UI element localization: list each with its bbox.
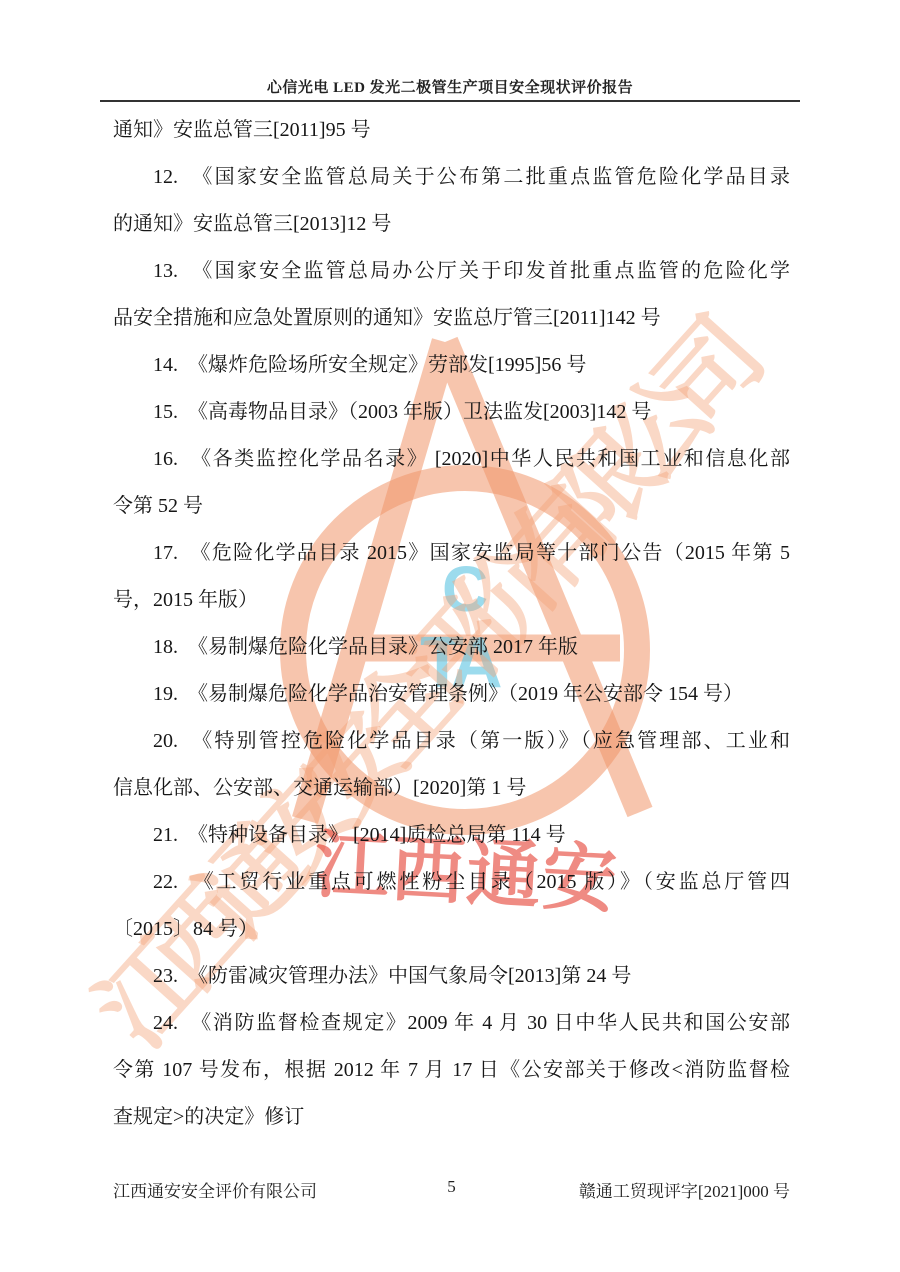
body-line: 17. 《危险化学品目录 2015》国家安监局等十部门公告（2015 年第 5 — [113, 530, 790, 577]
header-rule — [100, 100, 800, 102]
body-line: 24. 《消防监督检查规定》2009 年 4 月 30 日中华人民共和国公安部 — [113, 1000, 790, 1047]
document-page: C TA 江西通安安全评价有限公司 江西通安 心信光电 LED 发光二极管生产项… — [0, 0, 900, 1272]
header-title: 心信光电 LED 发光二极管生产项目安全现状评价报告 — [0, 76, 900, 97]
body-line: 的通知》安监总管三[2013]12 号 — [113, 201, 790, 248]
body-line: 14. 《爆炸危险场所安全规定》劳部发[1995]56 号 — [113, 342, 790, 389]
body-line: 品安全措施和应急处置原则的通知》安监总厅管三[2011]142 号 — [113, 295, 790, 342]
body-line: 通知》安监总管三[2011]95 号 — [113, 107, 790, 154]
body-lines: 通知》安监总管三[2011]95 号12. 《国家安全监管总局关于公布第二批重点… — [113, 107, 790, 1141]
body-line: 令第 107 号发布，根据 2012 年 7 月 17 日《公安部关于修改<消防… — [113, 1047, 790, 1094]
body-line: 18. 《易制爆危险化学品目录》公安部 2017 年版 — [113, 624, 790, 671]
body-line: 号，2015 年版） — [113, 577, 790, 624]
body-line: 12. 《国家安全监管总局关于公布第二批重点监管危险化学品目录 — [113, 154, 790, 201]
body-line: 20. 《特别管控危险化学品目录（第一版）》（应急管理部、工业和 — [113, 718, 790, 765]
body-line: 13. 《国家安全监管总局办公厅关于印发首批重点监管的危险化学 — [113, 248, 790, 295]
body-line: 22. 《工贸行业重点可燃性粉尘目录（2015 版）》（安监总厅管四 — [113, 859, 790, 906]
footer-doc-number: 赣通工贸现评字[2021]000 号 — [579, 1177, 790, 1202]
body-line: 令第 52 号 — [113, 483, 790, 530]
body-line: 19. 《易制爆危险化学品治安管理条例》（2019 年公安部令 154 号） — [113, 671, 790, 718]
body-line: 15. 《高毒物品目录》（2003 年版）卫法监发[2003]142 号 — [113, 389, 790, 436]
body-line: 23. 《防雷减灾管理办法》中国气象局令[2013]第 24 号 — [113, 953, 790, 1000]
body-line: 〔2015〕84 号） — [113, 906, 790, 953]
body-line: 信息化部、公安部、交通运输部）[2020]第 1 号 — [113, 765, 790, 812]
body-line: 21. 《特种设备目录》 [2014]质检总局第 114 号 — [113, 812, 790, 859]
body-line: 16. 《各类监控化学品名录》 [2020]中华人民共和国工业和信息化部 — [113, 436, 790, 483]
body-line: 查规定>的决定》修订 — [113, 1094, 790, 1141]
